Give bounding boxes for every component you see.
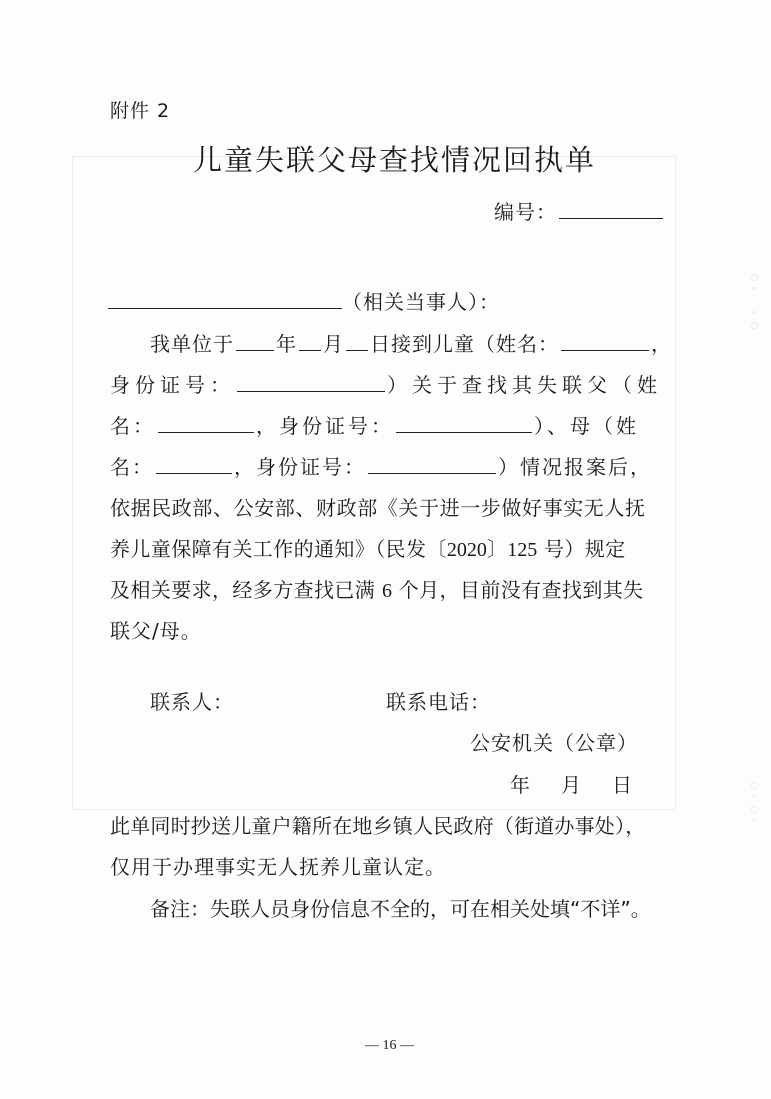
body-text: ）、母（姓 xyxy=(534,414,639,438)
police-seal-label: 公安机关（公章） xyxy=(470,727,638,756)
child-name-blank[interactable] xyxy=(561,332,649,351)
body-line-8: 联父/母。 xyxy=(110,615,202,644)
body-text: 个月，目前没有查找到其失 xyxy=(392,578,644,602)
months-count: 6 xyxy=(382,580,392,602)
attachment-label: 附件 2 xyxy=(110,96,170,123)
addressee-suffix: （相关当事人）： xyxy=(342,290,500,314)
date-month-blank[interactable] xyxy=(299,332,321,351)
father-id-blank[interactable] xyxy=(396,414,532,433)
body-text: ， xyxy=(651,332,672,356)
date-year-label: 年 xyxy=(510,773,531,797)
mother-name-blank[interactable] xyxy=(156,455,232,474)
serial-number-label: 编号： xyxy=(494,200,557,224)
body-text: 〕 xyxy=(487,537,507,561)
child-id-blank[interactable] xyxy=(237,373,385,392)
bleed-through-marks: ◌◦◌◦ xyxy=(748,780,760,828)
body-line-5: 依据民政部、公安部、财政部《关于进一步做好事实无人抚 xyxy=(110,492,646,521)
mother-id-blank[interactable] xyxy=(368,455,496,474)
body-text: ，身份证号： xyxy=(234,455,366,479)
remark-note: 备注：失联人员身份信息不全的，可在相关处填“不详”。 xyxy=(150,893,651,922)
body-line-7: 及相关要求，经多方查找已满 6 个月，目前没有查找到其失 xyxy=(110,574,644,603)
body-text: 及相关要求，经多方查找已满 xyxy=(110,578,382,602)
date-day-blank[interactable] xyxy=(346,332,368,351)
contact-person-label: 联系人： xyxy=(150,686,234,715)
body-line-6: 养儿童保障有关工作的通知》（民发〔2020〕125 号）规定 xyxy=(110,533,626,562)
body-text: 月 xyxy=(323,332,344,356)
body-text: ）情况报案后， xyxy=(498,455,652,479)
body-line-1: 我单位于年月日接到儿童（姓名：， xyxy=(150,328,672,357)
body-text: 身份证号： xyxy=(110,373,235,397)
body-text: ，身份证号： xyxy=(256,414,394,438)
body-text: 养儿童保障有关工作的通知》（民发〔 xyxy=(110,537,447,561)
document-number: 125 xyxy=(507,539,537,561)
body-text: 名： xyxy=(110,455,154,479)
copy-note-line-2: 仅用于办理事实无人抚养儿童认定。 xyxy=(110,851,446,880)
body-text: 名： xyxy=(110,414,156,438)
document-title: 儿童失联父母查找情况回执单 xyxy=(0,138,771,179)
body-line-2: 身份证号：）关于查找其失联父（姓 xyxy=(110,369,662,398)
body-text: ）关于查找其失联父（姓 xyxy=(387,373,662,397)
addressee-line: （相关当事人）： xyxy=(108,286,500,315)
date-day-label: 日 xyxy=(612,773,633,797)
date-month-label: 月 xyxy=(561,773,582,797)
document-year: 2020 xyxy=(447,539,487,561)
body-line-4: 名：，身份证号：）情况报案后， xyxy=(110,451,652,480)
body-text: 年 xyxy=(276,332,297,356)
body-text: 日接到儿童（姓名： xyxy=(370,332,559,356)
body-line-3: 名：，身份证号：）、母（姓 xyxy=(110,410,639,439)
bleed-through-marks: ◌◦◦◌ xyxy=(748,272,760,332)
contact-phone-label: 联系电话： xyxy=(386,686,491,715)
signature-date: 年月日 xyxy=(510,769,633,798)
date-year-blank[interactable] xyxy=(236,332,274,351)
body-text: 号）规定 xyxy=(537,537,625,561)
body-text: 我单位于 xyxy=(150,332,234,356)
addressee-blank[interactable] xyxy=(108,290,342,309)
document-page: ◌◦◦◌ ◌◦◌◦ 附件 2 儿童失联父母查找情况回执单 编号： （相关当事人）… xyxy=(0,0,771,1099)
copy-note-line-1: 此单同时抄送儿童户籍所在地乡镇人民政府（街道办事处）， xyxy=(110,810,645,839)
serial-number-field: 编号： xyxy=(494,196,665,225)
page-number: — 16 — xyxy=(0,1038,771,1054)
father-name-blank[interactable] xyxy=(158,414,254,433)
serial-number-blank[interactable] xyxy=(559,200,663,219)
